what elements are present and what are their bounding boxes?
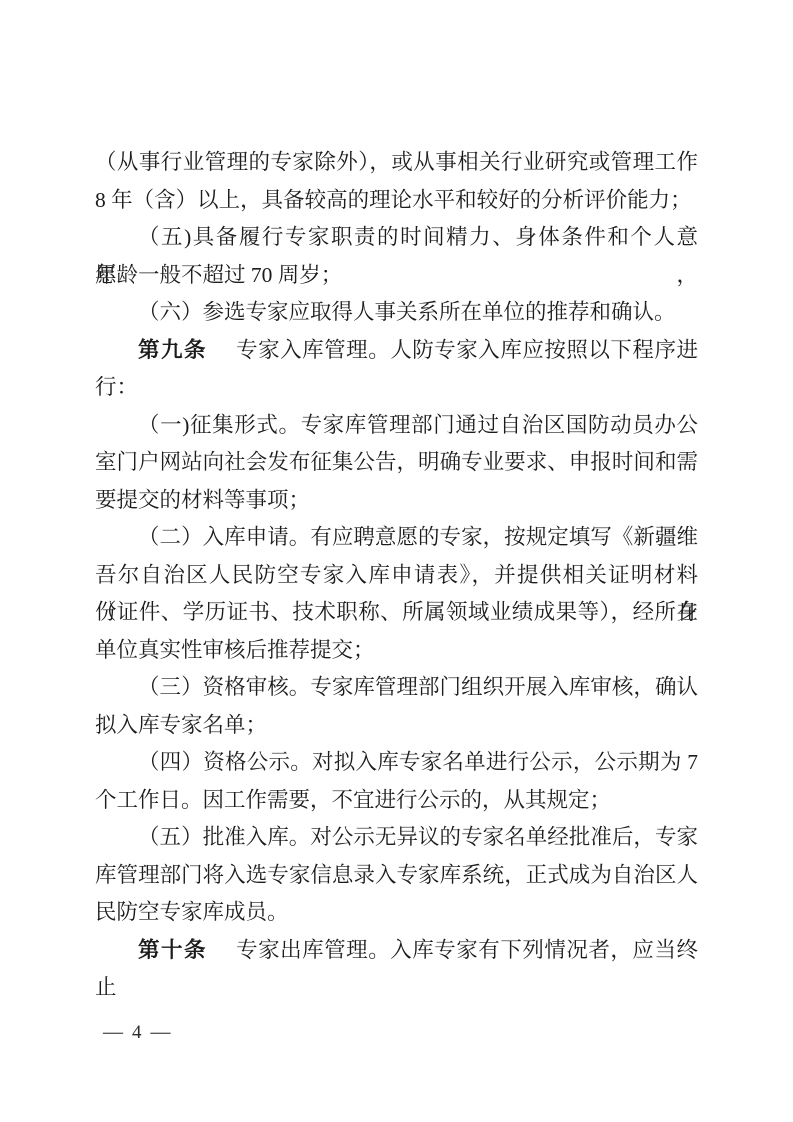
text-line: 拟入库专家名单；: [95, 707, 698, 745]
text-line: （一)征集形式。专家库管理部门通过自治区国防动员办公: [95, 407, 698, 445]
article-line: 第十条专家出库管理。入库专家有下列情况者，应当终止: [95, 932, 698, 970]
text-line: （从事行业管理的专家除外），或从事相关行业研究或管理工作: [95, 144, 698, 182]
text-line: （五）批准入库。对公示无异议的专家名单经批准后，专家: [95, 819, 698, 857]
text-line: 8 年（含）以上，具备较高的理论水平和较好的分析评价能力；: [95, 182, 698, 220]
text-line: （三）资格审核。专家库管理部门组织开展入库审核，确认: [95, 669, 698, 707]
line-text: （三）资格审核。专家库管理部门组织开展入库审核，确认: [138, 675, 698, 699]
line-text: 行：: [95, 375, 138, 399]
page-number: 4: [132, 1022, 142, 1043]
line-text: （二）入库申请。有应聘意愿的专家，按规定填写《新疆维: [138, 525, 698, 549]
text-line: 室门户网站向社会发布征集公告，明确专业要求、申报时间和需: [95, 444, 698, 482]
line-text: （从事行业管理的专家除外），或从事相关行业研究或管理工作: [95, 150, 698, 174]
article-number: 第九条: [138, 338, 207, 362]
page-number-right-dash: —: [151, 1021, 171, 1043]
line-text: 民防空专家库成员。: [95, 900, 289, 924]
document-body: （从事行业管理的专家除外），或从事相关行业研究或管理工作8 年（含）以上，具备较…: [95, 144, 698, 969]
text-line: （五)具备履行专家职责的时间精力、身体条件和个人意愿，: [95, 219, 698, 257]
text-line: （四）资格公示。对拟入库专家名单进行公示，公示期为 7: [95, 744, 698, 782]
line-text: 个工作日。因工作需要，不宜进行公示的，从其规定；: [95, 788, 611, 812]
line-text: 8 年（含）以上，具备较高的理论水平和较好的分析评价能力；: [95, 188, 692, 212]
line-text: （四）资格公示。对拟入库专家名单进行公示，公示期为 7: [138, 750, 698, 774]
text-line: 单位真实性审核后推荐提交；: [95, 632, 698, 670]
text-line: 要提交的材料等事项；: [95, 482, 698, 520]
line-text: 拟入库专家名单；: [95, 713, 267, 737]
page-number-left-dash: —: [103, 1021, 123, 1043]
page-footer: —4—: [103, 1021, 171, 1044]
text-line: （六）参选专家应取得人事关系所在单位的推荐和确认。: [95, 294, 698, 332]
article-line: 第九条专家入库管理。人防专家入库应按照以下程序进: [95, 332, 698, 370]
text-line: 份证件、学历证书、技术职称、所属领域业绩成果等），经所在: [95, 594, 698, 632]
text-line: 民防空专家库成员。: [95, 894, 698, 932]
line-text: （六）参选专家应取得人事关系所在单位的推荐和确认。: [138, 300, 676, 324]
article-number: 第十条: [138, 938, 207, 962]
line-text: 库管理部门将入选专家信息录入专家库系统，正式成为自治区人: [95, 863, 698, 887]
line-text: 份证件、学历证书、技术职称、所属领域业绩成果等），经所在: [95, 600, 698, 624]
line-text: （一)征集形式。专家库管理部门通过自治区国防动员办公: [138, 413, 698, 437]
line-text: 专家入库管理。人防专家入库应按照以下程序进: [236, 338, 698, 362]
text-line: 个工作日。因工作需要，不宜进行公示的，从其规定；: [95, 782, 698, 820]
text-line: 行：: [95, 369, 698, 407]
line-text: （五）批准入库。对公示无异议的专家名单经批准后，专家: [138, 825, 698, 849]
line-text: 单位真实性审核后推荐提交；: [95, 638, 375, 662]
line-text: 要提交的材料等事项；: [95, 488, 310, 512]
text-line: 库管理部门将入选专家信息录入专家库系统，正式成为自治区人: [95, 857, 698, 895]
text-line: 吾尔自治区人民防空专家入库申请表》，并提供相关证明材料（身: [95, 557, 698, 595]
line-text: 年龄一般不超过 70 周岁；: [95, 263, 342, 287]
document-page: （从事行业管理的专家除外），或从事相关行业研究或管理工作8 年（含）以上，具备较…: [0, 0, 793, 1122]
line-text: 室门户网站向社会发布征集公告，明确专业要求、申报时间和需: [95, 450, 698, 474]
text-line: （二）入库申请。有应聘意愿的专家，按规定填写《新疆维: [95, 519, 698, 557]
